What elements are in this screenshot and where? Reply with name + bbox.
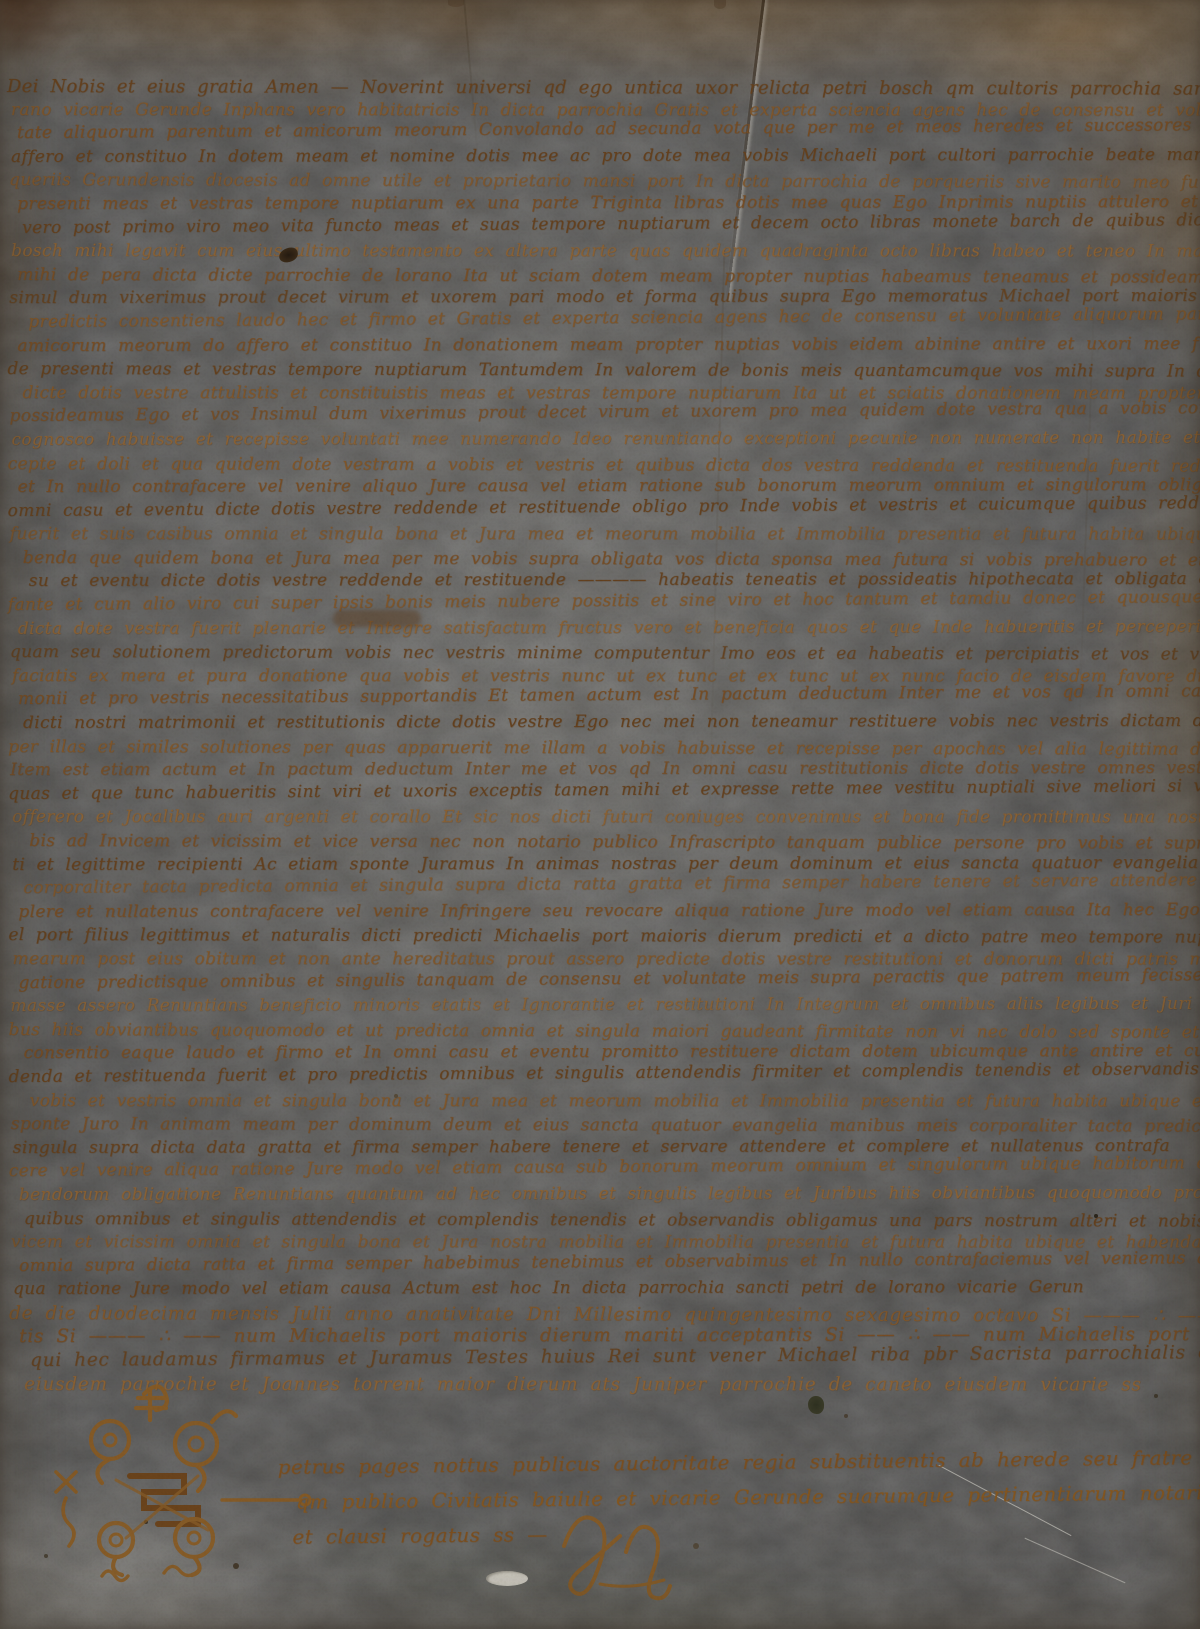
manuscript-line: dicta dote vestra fuerit plenarie et Int…	[18, 616, 1200, 642]
top-edge-nick	[448, 0, 464, 7]
notary-attestation: petrus pages nottus publicus auctoritate…	[277, 1438, 1200, 1555]
manuscript-line: cognosco habuisse et recepisse voluntati…	[11, 427, 1199, 453]
manuscript-line: quam seu solutionem predictorum vobis ne…	[10, 641, 1200, 667]
manuscript-line: bis ad Invicem et vicissim et vice versa…	[29, 830, 1200, 856]
manuscript-line: offerero et Jocalibus auri argenti et co…	[12, 806, 1200, 830]
manuscript-line: vobis et vestris omnia et singula bona e…	[30, 1090, 1200, 1114]
dirt-specks	[1094, 1214, 1098, 1218]
manuscript-line: Dei Nobis et eius gratia Amen — Noverint…	[7, 75, 1199, 101]
abrasion-patch	[486, 1571, 528, 1586]
manuscript-line: affero et constituo In dotem meam et nom…	[11, 144, 1199, 170]
ink-smudge	[333, 610, 421, 627]
manuscript-line: de die duodecima mensis Julii anno anati…	[9, 1302, 1200, 1328]
notarial-sign-strokes	[56, 1386, 310, 1580]
manuscript-line: cepte et doli et qua quidem dote vestram…	[8, 453, 1200, 479]
manuscript-line: sponte Juro In animam meam per dominum d…	[11, 1113, 1200, 1139]
manuscript-line: amicorum meorum do affero et constituo I…	[17, 332, 1199, 358]
manuscript-line: bosch mihi legavit cum eius ultimo testa…	[11, 240, 1199, 264]
manuscript-line: dicti nostri matrimonii et restitutionis…	[23, 710, 1200, 736]
manuscript-line: plere et nullatenus contrafacere vel ven…	[18, 899, 1200, 925]
manuscript-line: bus hiis obviantibus quoquomodo et ut pr…	[8, 1019, 1200, 1045]
manuscript-line: fuerit et suis casibus omnia et singula …	[10, 523, 1200, 547]
manuscript-line: masse assero Renuntians beneficio minori…	[10, 993, 1200, 1019]
manuscript-text: Dei Nobis et eius gratia Amen — Noverint…	[7, 73, 1200, 1396]
manuscript-line: qua ratione Jure modo vel etiam causa Ac…	[13, 1276, 1200, 1302]
manuscript-line: bendorum obligatione Renuntians quantum …	[19, 1182, 1200, 1208]
paraph-strokes	[564, 1517, 670, 1598]
manuscript-line: quibus omnibus et singulis attendendis e…	[24, 1208, 1200, 1234]
manuscript-page: Dei Nobis et eius gratia Amen — Noverint…	[0, 0, 1200, 1629]
notarial-sign	[46, 1380, 316, 1585]
ink-blot	[808, 1396, 824, 1414]
top-edge-nick	[714, 0, 726, 9]
paraph-flourish	[540, 1488, 710, 1613]
manuscript-line: de presenti meas et vestras tempore nupt…	[7, 358, 1199, 384]
manuscript-line: el port filius legittimus et naturalis d…	[8, 924, 1200, 950]
manuscript-line: benda que quidem bona et Jura mea per me…	[23, 547, 1200, 573]
manuscript-line: queriis Gerundensis diocesis ad omne uti…	[9, 169, 1199, 195]
